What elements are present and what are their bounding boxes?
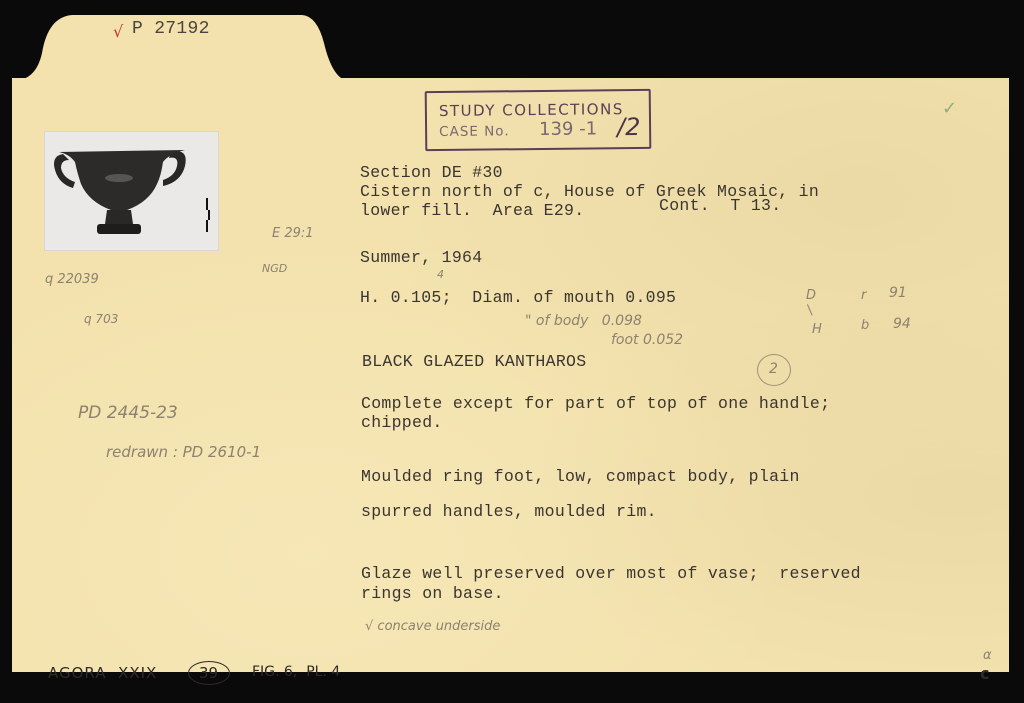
body-diameter-note: " of body 0.098	[525, 313, 642, 329]
green-check-icon: ✓	[942, 98, 957, 119]
circled-number: 2	[769, 361, 778, 377]
foot-diameter-note: foot 0.052	[611, 332, 683, 348]
circled-annotation: 2	[757, 354, 791, 386]
glaze-line-1: Glaze well preserved over most of vase; …	[361, 564, 861, 583]
stamp-title: STUDY COLLECTIONS	[439, 100, 624, 120]
artifact-photo	[45, 132, 218, 250]
glaze-line-2: rings on base.	[361, 584, 504, 603]
b-label: b	[861, 318, 869, 333]
description-line-2: spurred handles, moulded rim.	[361, 502, 657, 521]
stamp-case-label: CASE No.	[439, 123, 510, 140]
stamp-case-number: 139 -1	[539, 118, 597, 140]
publication-reference: AGORA XXIX	[48, 664, 157, 682]
drawing-number: PD 2445-23	[78, 403, 178, 423]
section-text: Section DE #30	[360, 163, 503, 182]
description-line-1: Moulded ring foot, low, compact body, pl…	[361, 467, 800, 486]
ngd-note: NGD	[262, 262, 287, 275]
underside-note: √ concave underside	[365, 619, 500, 634]
context-text: Cont. T 13.	[659, 196, 781, 215]
study-collections-stamp: STUDY COLLECTIONS CASE No. 139 -1 /2	[425, 89, 652, 151]
condition-line-2: chipped.	[361, 413, 443, 432]
corner-c: c	[980, 664, 989, 683]
r-label: r	[861, 288, 866, 303]
r-value: 91	[889, 285, 907, 301]
negative-number-2: q 703	[84, 312, 118, 326]
grid-reference: E 29:1	[272, 226, 314, 241]
catalog-number-circle: 39	[188, 661, 230, 685]
publication-number: 39	[199, 664, 218, 682]
ratio-numerator: D	[806, 288, 816, 303]
ratio-denominator: H	[812, 322, 822, 337]
height-correction: 4	[437, 268, 444, 281]
date-text: Summer, 1964	[360, 248, 482, 267]
object-title: BLACK GLAZED KANTHAROS	[362, 352, 586, 371]
dimensions-text: H. 0.105; Diam. of mouth 0.095	[360, 288, 676, 307]
stamp-case-suffix: /2	[617, 113, 641, 141]
kantharos-image	[45, 132, 218, 250]
negative-number-1: q 22039	[45, 272, 99, 287]
red-check-icon: √	[113, 22, 123, 41]
condition-line-1: Complete except for part of top of one h…	[361, 394, 830, 413]
corner-alpha: α	[983, 648, 992, 663]
b-value: 94	[893, 316, 911, 332]
figure-plate-reference: FIG. 6, PL. 4	[252, 664, 340, 680]
location-line-2: lower fill. Area E29.	[360, 201, 584, 220]
redrawn-number: redrawn : PD 2610-1	[106, 443, 261, 461]
catalog-number: P 27192	[132, 20, 210, 39]
